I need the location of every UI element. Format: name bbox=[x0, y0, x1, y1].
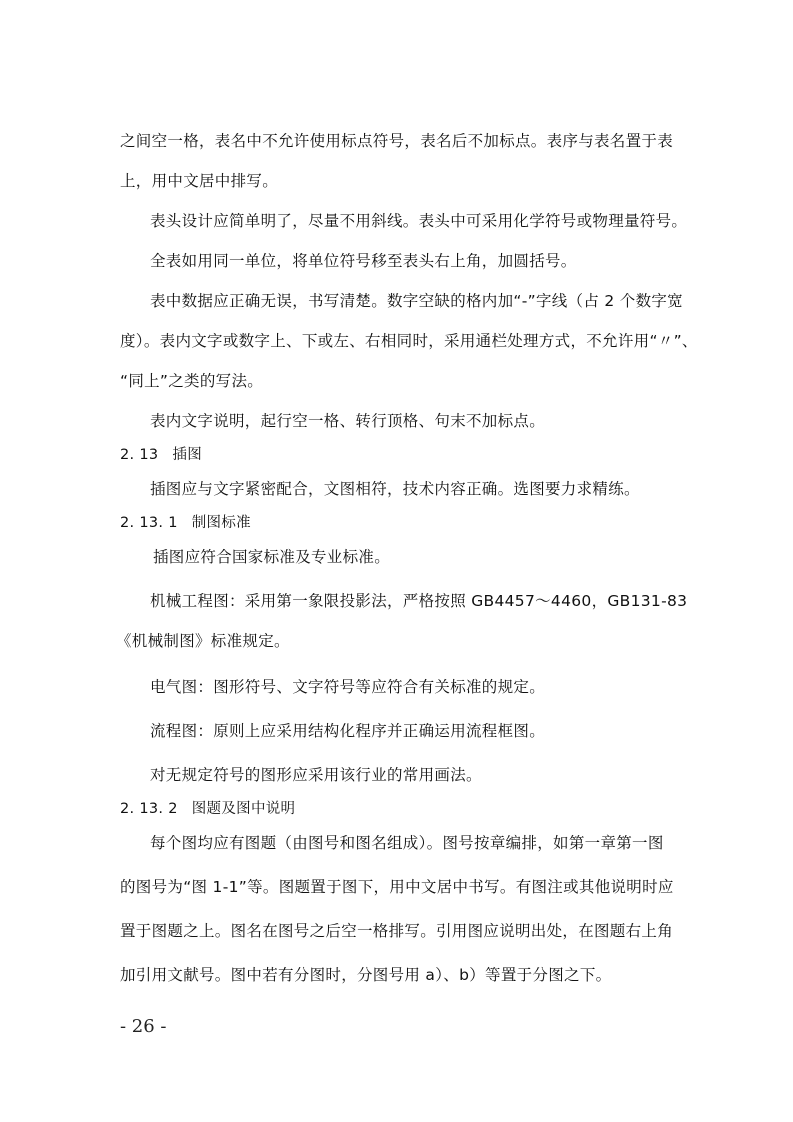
paragraph-line: 插图应与文字紧密配合，文图相符，技术内容正确。选图要力求精练。 bbox=[150, 479, 640, 499]
paragraph-line: 插图应符合国家标准及专业标准。 bbox=[153, 547, 390, 567]
section-title: 图题及图中说明 bbox=[192, 801, 296, 817]
paragraph-line: 加引用文献号。图中若有分图时，分图号用 a）、b）等置于分图之下。 bbox=[120, 965, 611, 985]
section-heading: 2. 13. 1制图标准 bbox=[120, 513, 251, 533]
paragraph-line: 表头设计应简单明了，尽量不用斜线。表头中可采用化学符号或物理量符号。 bbox=[150, 211, 687, 231]
paragraph-line: 机械工程图：采用第一象限投影法，严格按照 GB4457～4460，GB131-8… bbox=[150, 591, 687, 611]
paragraph-line: 全表如用同一单位，将单位符号移至表头右上角，加圆括号。 bbox=[150, 251, 577, 271]
paragraph-line: 表内文字说明，起行空一格、转行顶格、句末不加标点。 bbox=[150, 411, 545, 431]
paragraph-line: 对无规定符号的图形应采用该行业的常用画法。 bbox=[150, 765, 482, 785]
paragraph-line: 之间空一格，表名中不允许使用标点符号，表名后不加标点。表序与表名置于表 bbox=[120, 131, 673, 151]
paragraph-line: 每个图均应有图题（由图号和图名组成）。图号按章编排，如第一章第一图 bbox=[150, 833, 664, 853]
paragraph-line: 表中数据应正确无误，书写清楚。数字空缺的格内加“-”字线（占 2 个数字宽 bbox=[150, 291, 683, 311]
paragraph-line: 度）。表内文字或数字上、下或左、右相同时，采用通栏处理方式，不允许用“〃”、 bbox=[120, 331, 698, 351]
section-number: 2. 13 bbox=[120, 445, 158, 465]
section-heading: 2. 13. 2图题及图中说明 bbox=[120, 799, 295, 819]
section-number: 2. 13. 2 bbox=[120, 799, 178, 819]
paragraph-line: 电气图：图形符号、文字符号等应符合有关标准的规定。 bbox=[150, 677, 545, 697]
page-number: - 26 - bbox=[120, 1016, 167, 1037]
paragraph-line: 置于图题之上。图名在图号之后空一格排写。引用图应说明出处，在图题右上角 bbox=[120, 921, 673, 941]
paragraph-line: 的图号为“图 1-1”等。图题置于图下，用中文居中书写。有图注或其他说明时应 bbox=[120, 877, 674, 897]
paragraph-line: 上，用中文居中排写。 bbox=[120, 171, 278, 191]
paragraph-line: 《机械制图》标准规定。 bbox=[116, 631, 290, 651]
section-number: 2. 13. 1 bbox=[120, 513, 178, 533]
section-title: 制图标准 bbox=[192, 515, 251, 531]
section-heading: 2. 13插图 bbox=[120, 445, 202, 465]
paragraph-line: 流程图：原则上应采用结构化程序并正确运用流程框图。 bbox=[150, 721, 545, 741]
section-title: 插图 bbox=[172, 447, 202, 463]
paragraph-line: “同上”之类的写法。 bbox=[120, 371, 263, 391]
